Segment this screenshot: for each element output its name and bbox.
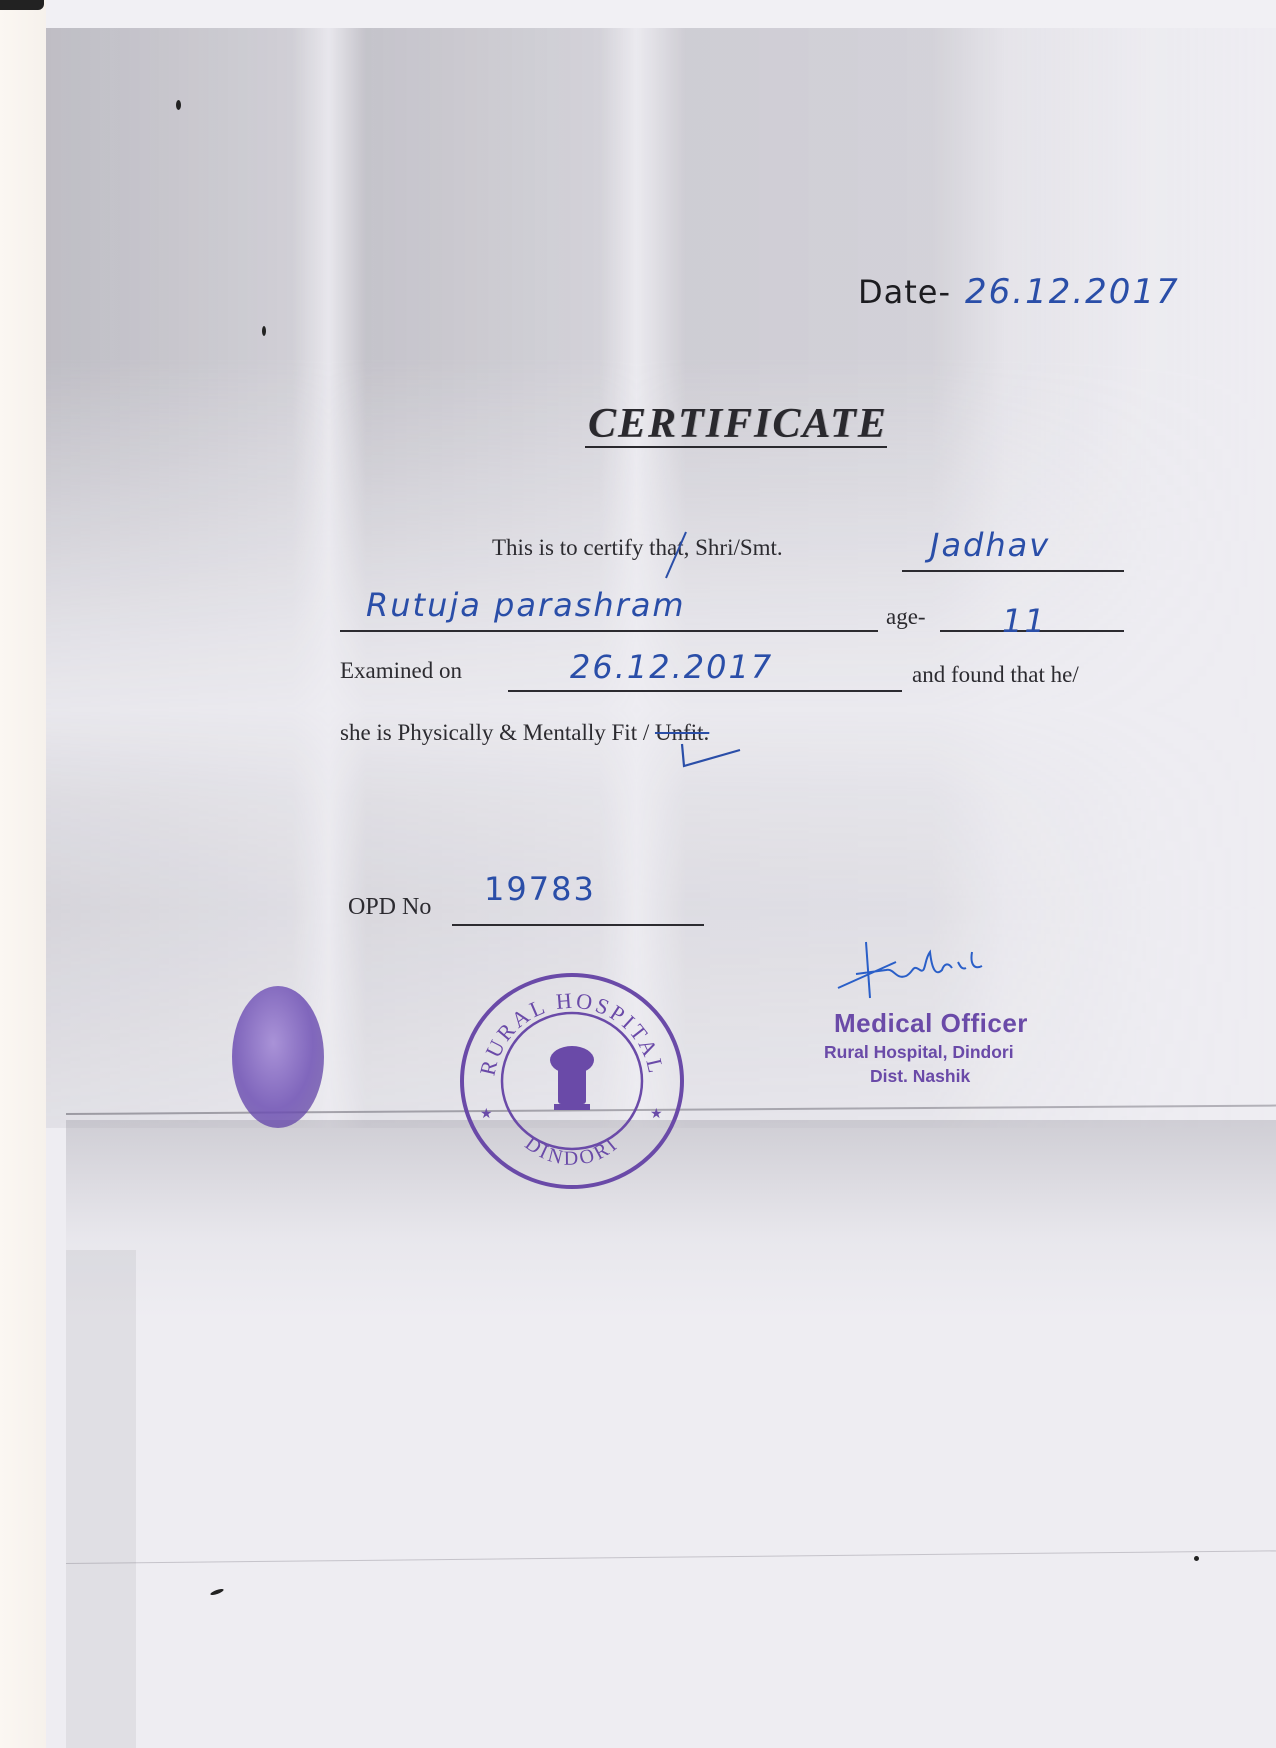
honorific-strike-mark xyxy=(660,530,690,580)
examined-date-value: 26.12.2017 xyxy=(570,648,773,686)
institution: Rural Hospital, Dindori xyxy=(824,1042,1014,1063)
given-names-underline xyxy=(340,630,878,632)
state-emblem-icon xyxy=(550,1046,594,1110)
scanner-edge-mark xyxy=(0,0,44,10)
medical-officer-signature xyxy=(836,940,986,1000)
opd-label: OPD No xyxy=(348,894,431,921)
rural-hospital-seal: RURAL HOSPITAL DINDORI ★ ★ xyxy=(454,968,690,1194)
scanner-left-margin xyxy=(0,0,46,1748)
date-label: Date- xyxy=(858,273,951,311)
toner-speck xyxy=(1194,1556,1199,1561)
designation: Medical Officer xyxy=(834,1008,1028,1039)
given-names-value: Rutuja parashram xyxy=(366,586,686,624)
fit-option: Fit xyxy=(612,720,638,745)
thumb-impression xyxy=(232,986,324,1128)
date-value: 26.12.2017 xyxy=(965,272,1180,312)
svg-text:★: ★ xyxy=(480,1107,493,1122)
surname-underline xyxy=(902,570,1124,572)
scanner-top-margin xyxy=(46,0,1276,28)
margin-shading xyxy=(66,1250,136,1748)
toner-speck xyxy=(262,326,266,336)
svg-text:DINDORI: DINDORI xyxy=(521,1132,623,1169)
toner-speck xyxy=(176,100,181,110)
examined-underline xyxy=(508,690,902,692)
age-value: 11 xyxy=(1002,602,1047,640)
found-text: and found that he/ xyxy=(912,662,1079,688)
fitness-status-line: she is Physically & Mentally Fit / Unfit… xyxy=(340,720,709,746)
age-label: age- xyxy=(886,604,926,630)
district: Dist. Nashik xyxy=(870,1066,970,1087)
examined-label: Examined on xyxy=(340,658,462,684)
opd-underline xyxy=(452,924,704,926)
surname-value: Jadhav xyxy=(930,526,1050,564)
opd-number-value: 19783 xyxy=(484,870,596,908)
svg-text:★: ★ xyxy=(650,1107,663,1122)
date-field: Date- 26.12.2017 xyxy=(858,272,1180,312)
certificate-title: CERTIFICATE xyxy=(588,400,888,448)
status-prefix: she is Physically & Mentally xyxy=(340,720,606,745)
certify-intro: This is to certify that, Shri/Smt. xyxy=(492,535,783,561)
status-separator: / xyxy=(643,720,649,745)
title-underline xyxy=(585,446,887,448)
fit-tick-mark xyxy=(678,742,748,772)
